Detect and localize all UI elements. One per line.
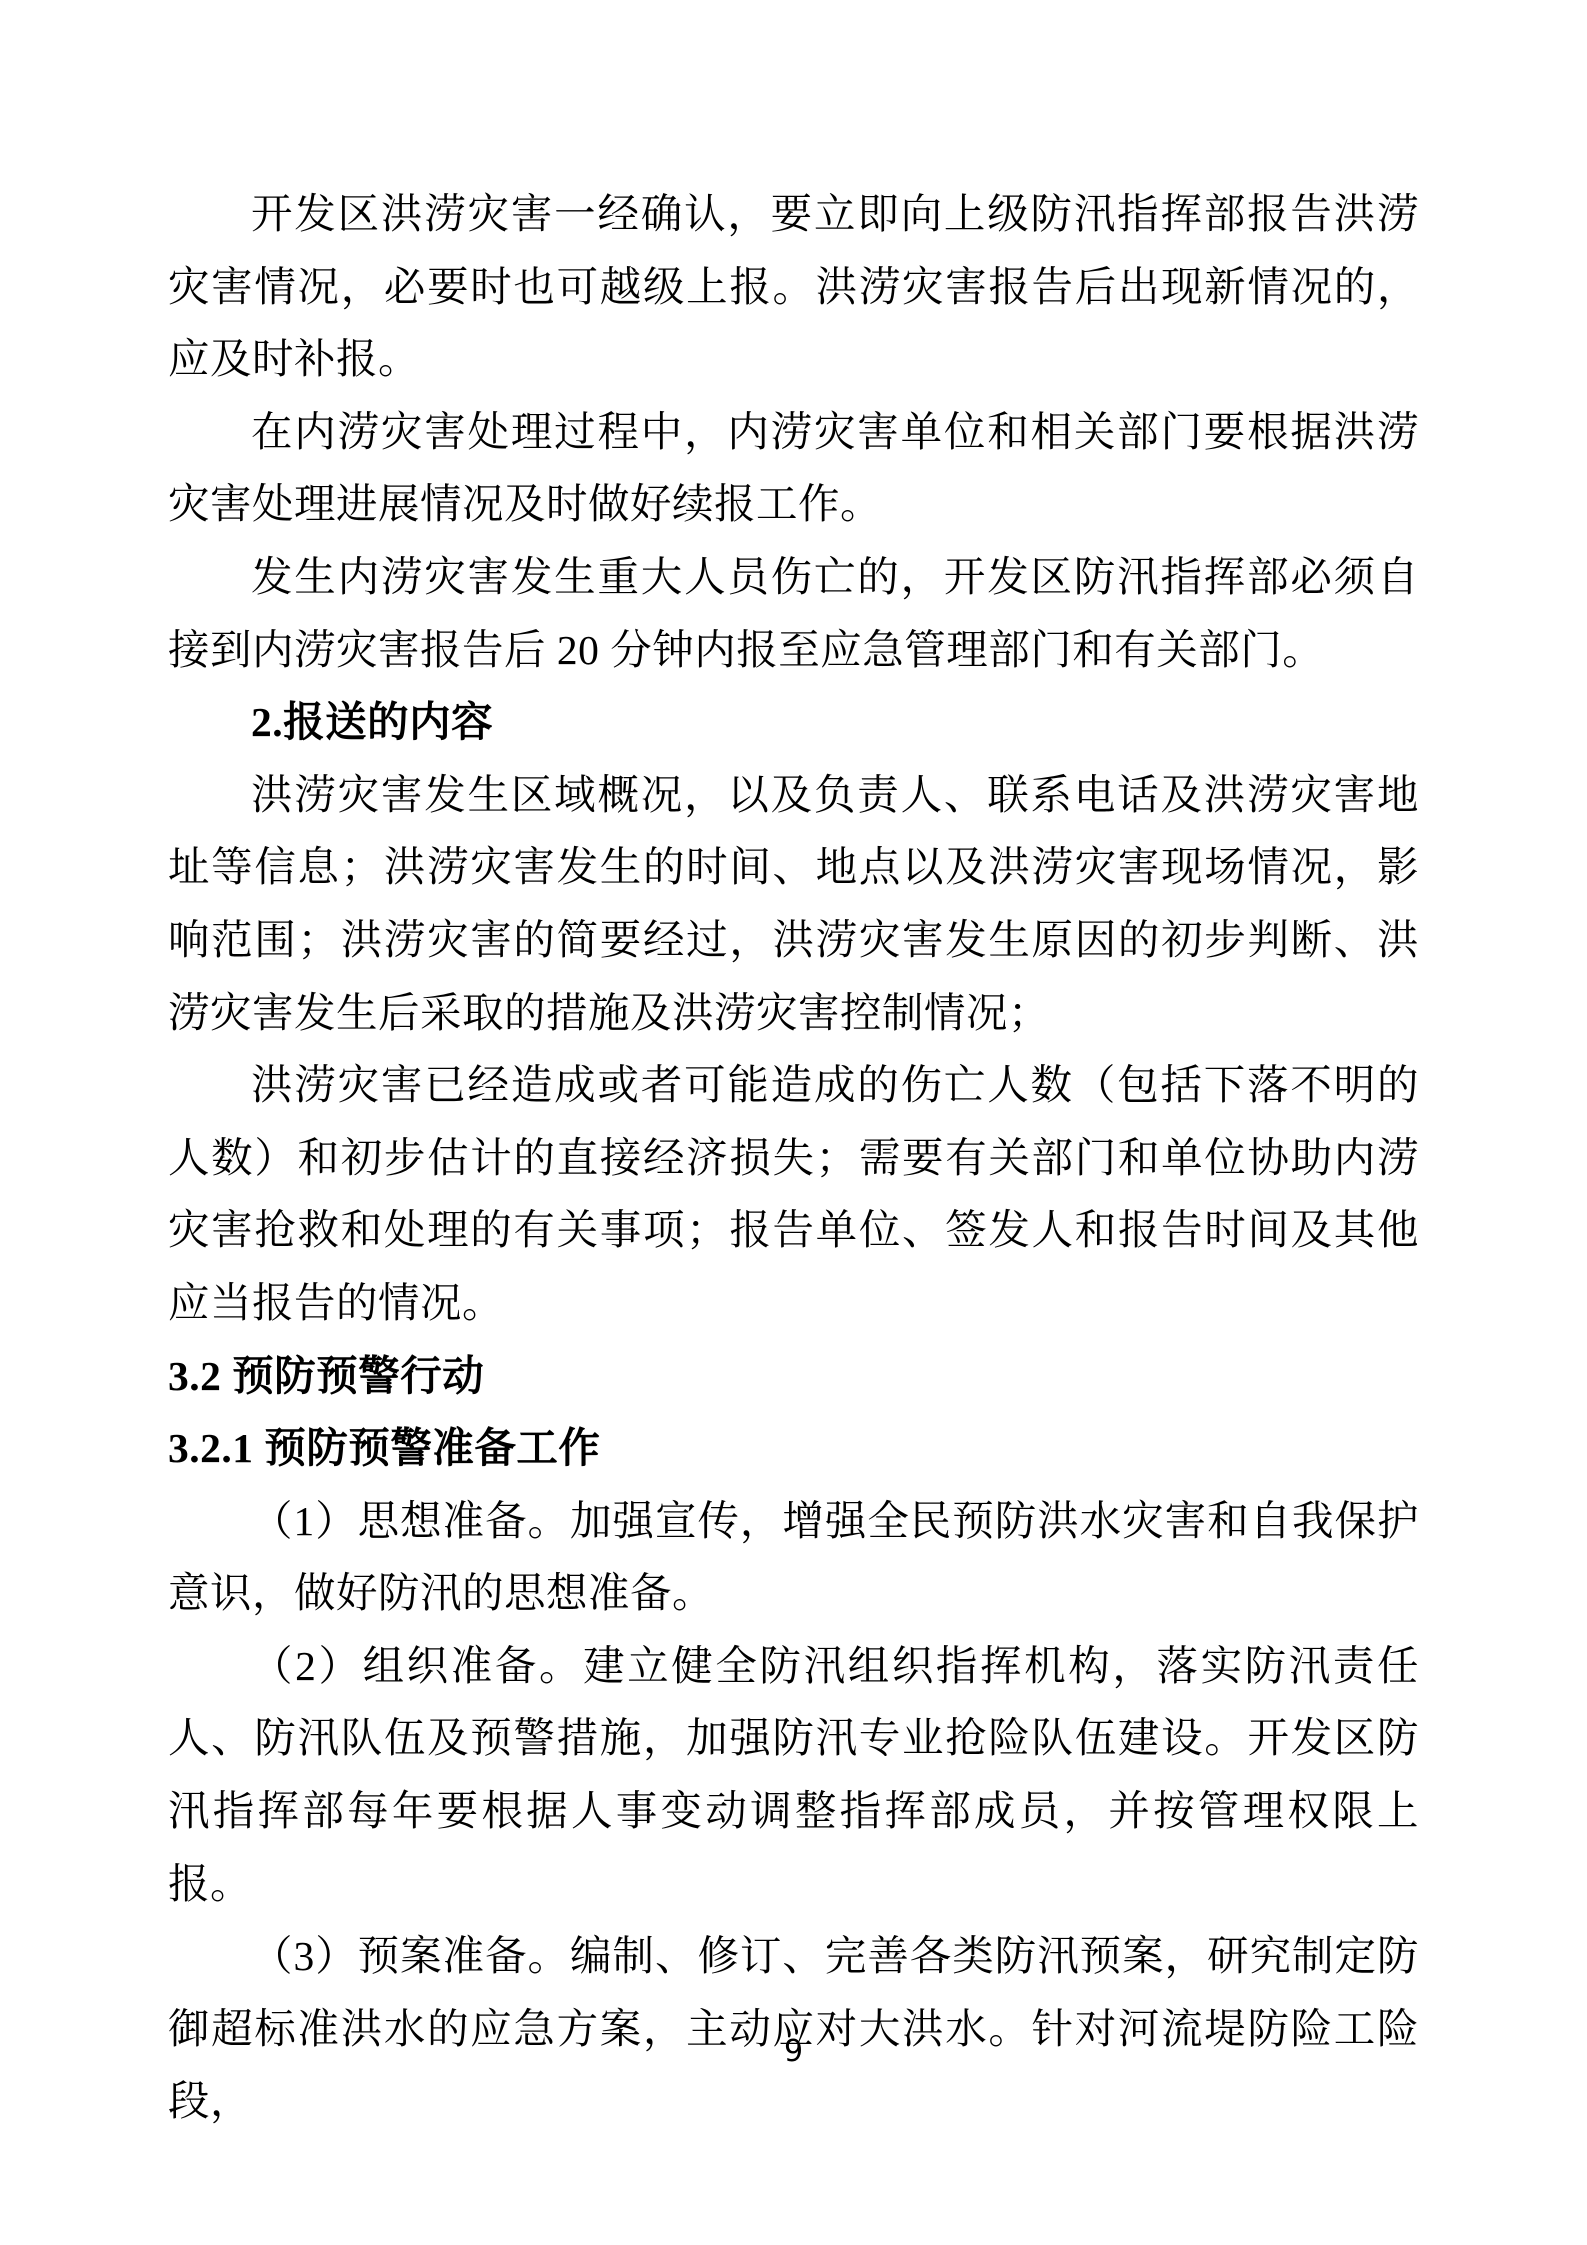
heading-report-content: 2.报送的内容	[168, 686, 1419, 759]
heading-section-3-2-1: 3.2.1 预防预警准备工作	[168, 1412, 1419, 1485]
paragraph-plan-preparation: （3）预案准备。编制、修订、完善各类防汛预案，研究制定防御超标准洪水的应急方案，…	[168, 1920, 1419, 2138]
paragraph-organizational-preparation: （2）组织准备。建立健全防汛组织指挥机构，落实防汛责任人、防汛队伍及预警措施，加…	[168, 1630, 1419, 1920]
page-number: 9	[0, 2034, 1587, 2070]
paragraph-report-content-details: 洪涝灾害发生区域概况，以及负责人、联系电话及洪涝灾害地址等信息；洪涝灾害发生的时…	[168, 759, 1419, 1049]
paragraph-casualty-loss-details: 洪涝灾害已经造成或者可能造成的伤亡人数（包括下落不明的人数）和初步估计的直接经济…	[168, 1049, 1419, 1339]
document-body: 开发区洪涝灾害一经确认，要立即向上级防汛指挥部报告洪涝灾害情况，必要时也可越级上…	[168, 178, 1419, 2138]
paragraph-followup-report: 在内涝灾害处理过程中，内涝灾害单位和相关部门要根据洪涝灾害处理进展情况及时做好续…	[168, 396, 1419, 541]
paragraph-ideological-preparation: （1）思想准备。加强宣传，增强全民预防洪水灾害和自我保护意识，做好防汛的思想准备…	[168, 1485, 1419, 1630]
document-page: 开发区洪涝灾害一经确认，要立即向上级防汛指挥部报告洪涝灾害情况，必要时也可越级上…	[0, 0, 1587, 2245]
paragraph-casualty-report-deadline: 发生内涝灾害发生重大人员伤亡的，开发区防汛指挥部必须自接到内涝灾害报告后 20 …	[168, 541, 1419, 686]
paragraph-flood-disaster-report: 开发区洪涝灾害一经确认，要立即向上级防汛指挥部报告洪涝灾害情况，必要时也可越级上…	[168, 178, 1419, 396]
heading-section-3-2: 3.2 预防预警行动	[168, 1340, 1419, 1413]
